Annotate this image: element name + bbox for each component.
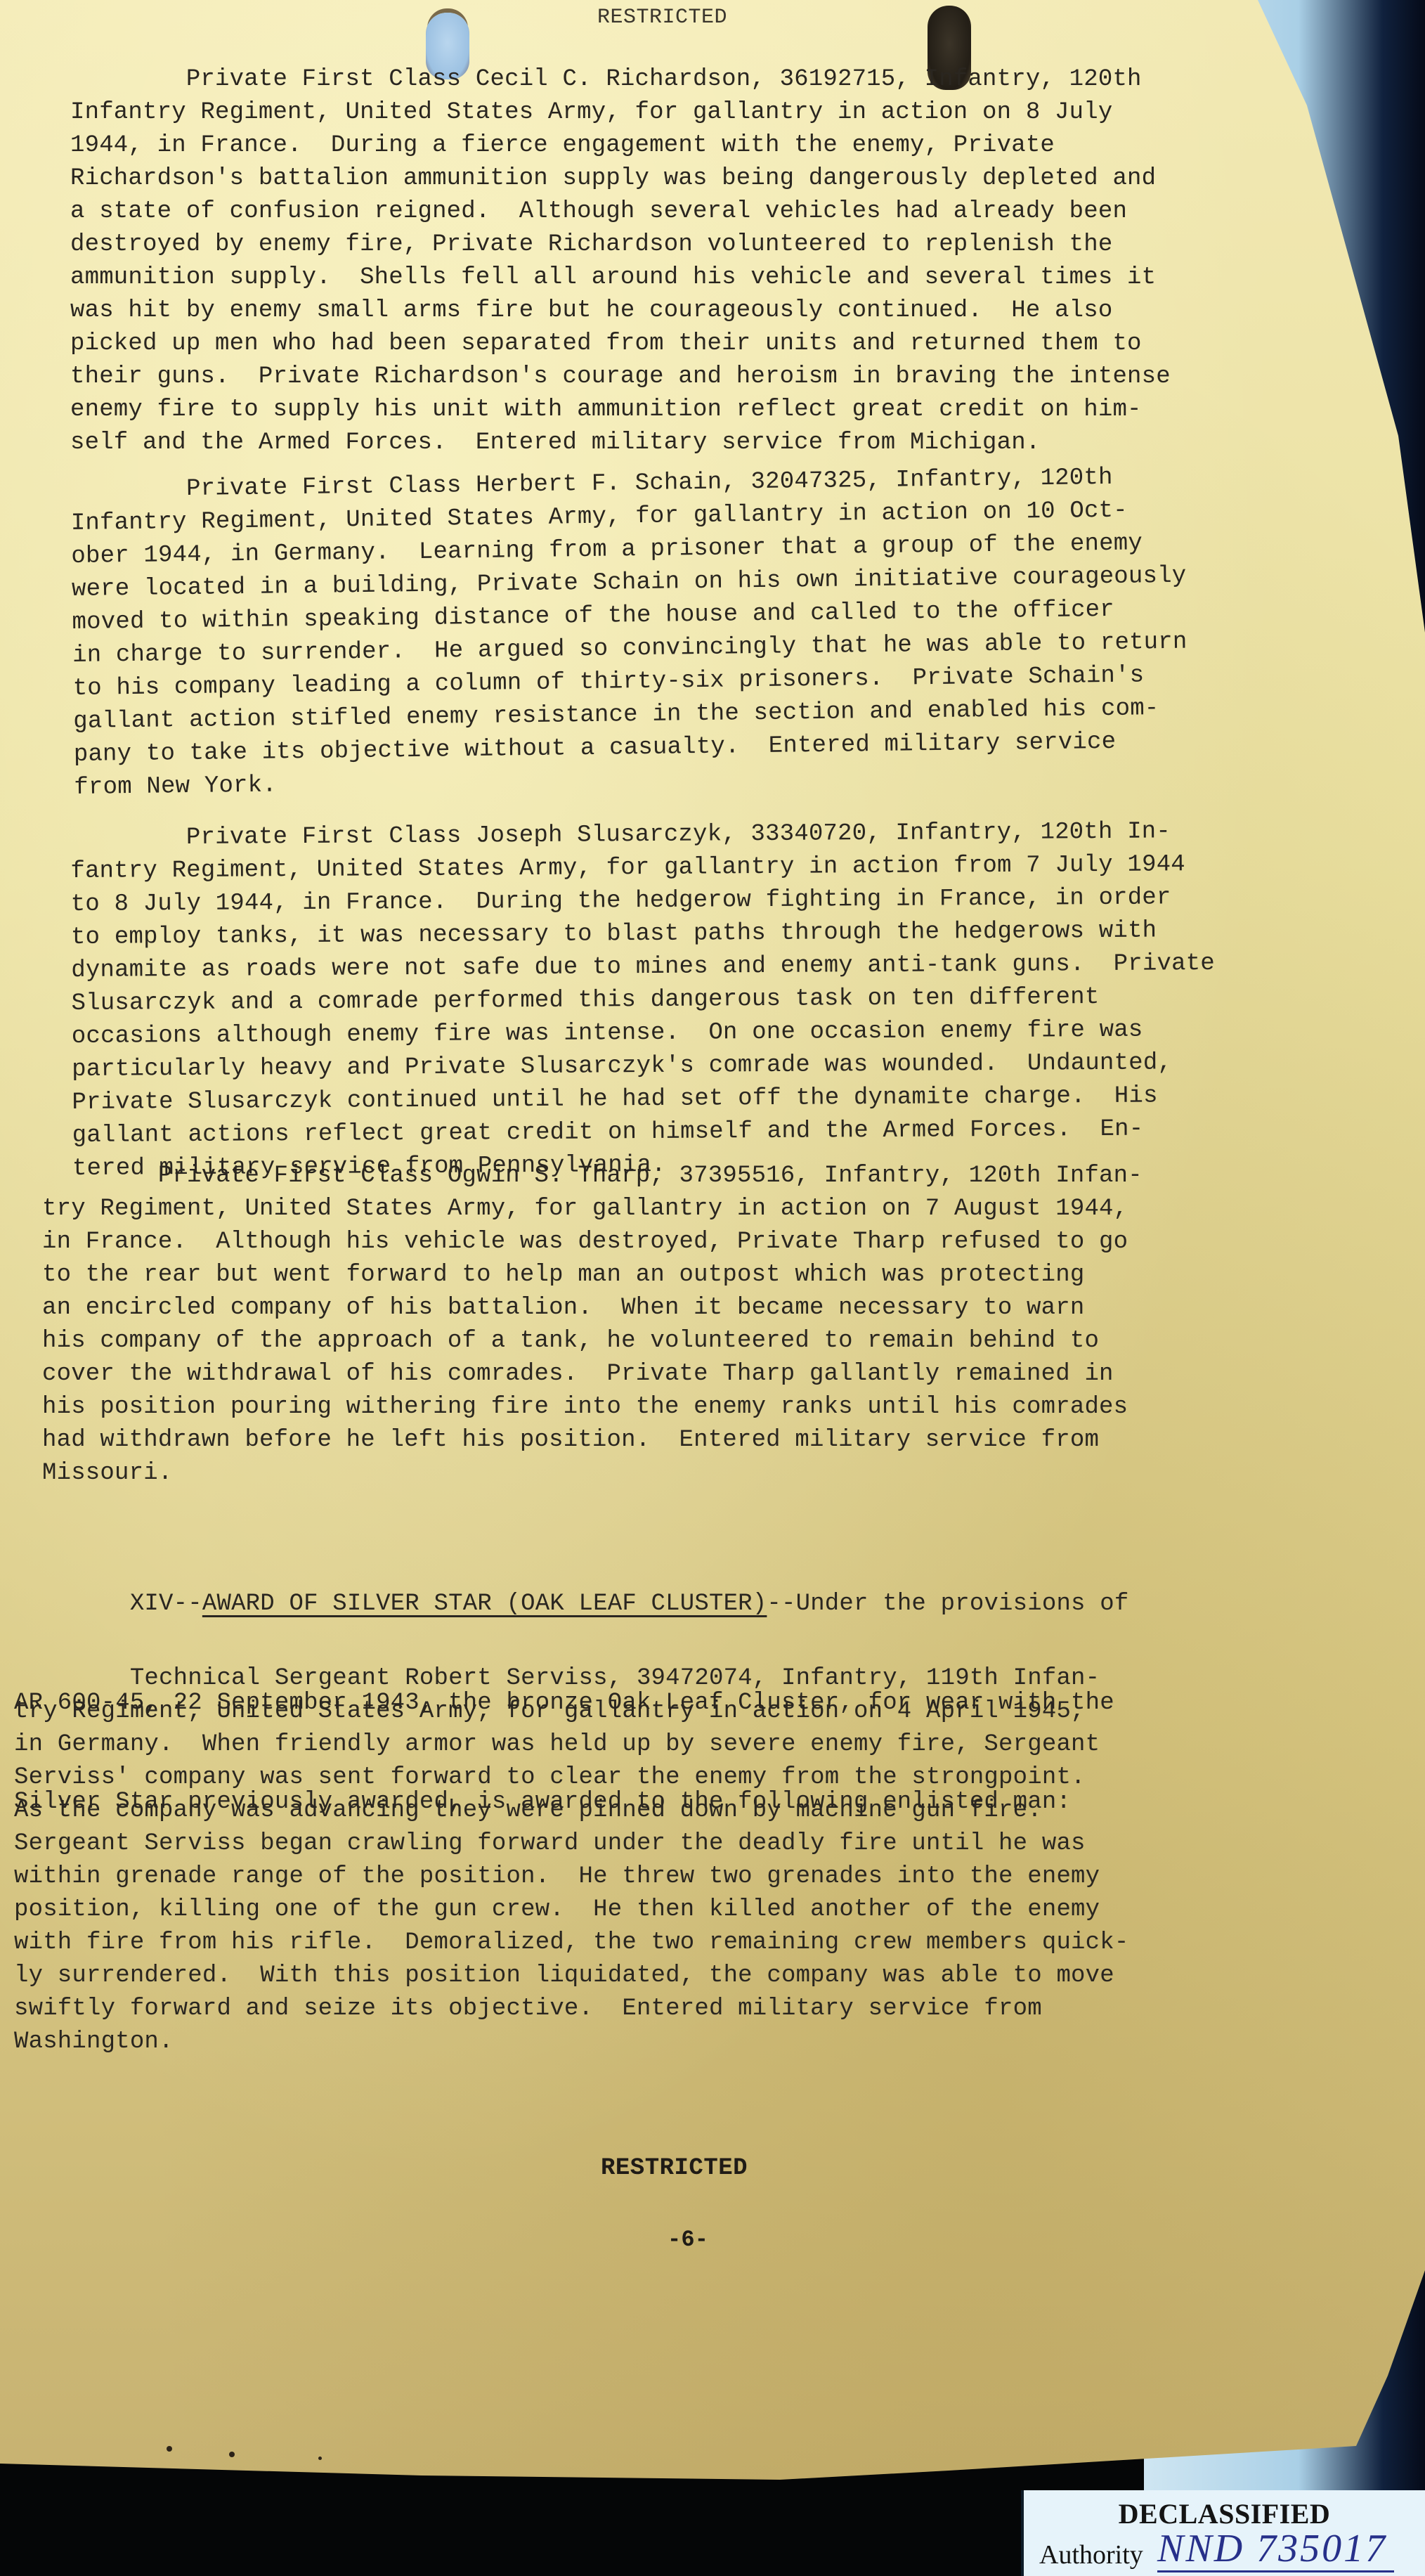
text-line: As the company was advancing they were p… (14, 1794, 1223, 1827)
text-line: in France. Although his vehicle was dest… (42, 1226, 1251, 1259)
document-page: RESTRICTED Private First Class Cecil C. … (0, 0, 1425, 2481)
text-line: had withdrawn before he left his positio… (42, 1424, 1251, 1457)
scanned-document-scene: RESTRICTED Private First Class Cecil C. … (0, 0, 1425, 2576)
paper-speck (318, 2457, 322, 2460)
citation-paragraph-schain: Private First Class Herbert F. Schain, 3… (70, 460, 1283, 805)
header-classification-marking: RESTRICTED (597, 1, 727, 34)
text-line: his position pouring withering fire into… (42, 1391, 1251, 1424)
text-line: to the rear but went forward to help man… (42, 1259, 1251, 1292)
stamp-authority-value: NND 735017 (1157, 2527, 1394, 2572)
text-line: in Germany. When friendly armor was held… (14, 1728, 1223, 1761)
paper-speck (229, 2452, 235, 2457)
citation-paragraph-richardson: Private First Class Cecil C. Richardson,… (70, 63, 1279, 460)
section-heading-line: XIV--AWARD OF SILVER STAR (OAK LEAF CLUS… (14, 1588, 1223, 1621)
text-line: Serviss' company was sent forward to cle… (14, 1761, 1223, 1794)
text-line: an encircled company of his battalion. W… (42, 1292, 1251, 1325)
text-line: Missouri. (42, 1457, 1251, 1490)
text-line: enemy fire to supply his unit with ammun… (70, 394, 1279, 427)
text-line: Sergeant Serviss began crawling forward … (14, 1827, 1223, 1860)
text-line: try Regiment, United States Army, for ga… (42, 1193, 1251, 1226)
text-line: Richardson's battalion ammunition supply… (70, 162, 1279, 195)
section-title: AWARD OF SILVER STAR (OAK LEAF CLUSTER) (202, 1591, 767, 1617)
section-number-indent (14, 1591, 130, 1617)
text-line: destroyed by enemy fire, Private Richard… (70, 228, 1279, 261)
citation-paragraph-serviss: Technical Sergeant Robert Serviss, 39472… (14, 1662, 1223, 2059)
page-number: -6- (668, 2223, 708, 2256)
text-line: within grenade range of the position. He… (14, 1860, 1223, 1894)
section-number: XIV (130, 1591, 174, 1617)
citation-paragraph-slusarczyk: Private First Class Joseph Slusarczyk, 3… (70, 815, 1281, 1185)
text-line: self and the Armed Forces. Entered milit… (70, 427, 1279, 460)
text-line: Infantry Regiment, United States Army, f… (70, 96, 1279, 129)
text-line: with fire from his rifle. Demoralized, t… (14, 1927, 1223, 1960)
text-line: their guns. Private Richardson's courage… (70, 361, 1279, 394)
text-line: Technical Sergeant Robert Serviss, 39472… (14, 1662, 1223, 1695)
text-line: a state of confusion reigned. Although s… (70, 195, 1279, 228)
stamp-authority-label: Authority (1039, 2539, 1143, 2570)
paper-speck (167, 2446, 172, 2452)
stamp-title: DECLASSIFIED (1024, 2497, 1425, 2530)
declassified-stamp: DECLASSIFIED Authority NND 735017 (1021, 2490, 1425, 2576)
section-intro-start: --Under the provisions of (767, 1591, 1128, 1617)
text-line: cover the withdrawal of his comrades. Pr… (42, 1358, 1251, 1391)
text-line: swiftly forward and seize its objective.… (14, 1993, 1223, 2026)
section-separator: -- (174, 1591, 202, 1617)
text-line: Washington. (14, 2026, 1223, 2059)
text-line: try Regiment, United States Army, for ga… (14, 1695, 1223, 1728)
citation-paragraph-tharp: Private First Class Ogwin S. Tharp, 3739… (42, 1160, 1251, 1490)
text-line: was hit by enemy small arms fire but he … (70, 295, 1279, 328)
text-line: Private First Class Cecil C. Richardson,… (70, 63, 1279, 96)
text-line: ly surrendered. With this position liqui… (14, 1960, 1223, 1993)
text-line: Private First Class Ogwin S. Tharp, 3739… (42, 1160, 1251, 1193)
text-line: 1944, in France. During a fierce engagem… (70, 129, 1279, 162)
text-line: ammunition supply. Shells fell all aroun… (70, 261, 1279, 295)
text-line: position, killing one of the gun crew. H… (14, 1894, 1223, 1927)
text-line: his company of the approach of a tank, h… (42, 1325, 1251, 1358)
text-line: picked up men who had been separated fro… (70, 328, 1279, 361)
footer-classification-marking: RESTRICTED (601, 2152, 748, 2185)
